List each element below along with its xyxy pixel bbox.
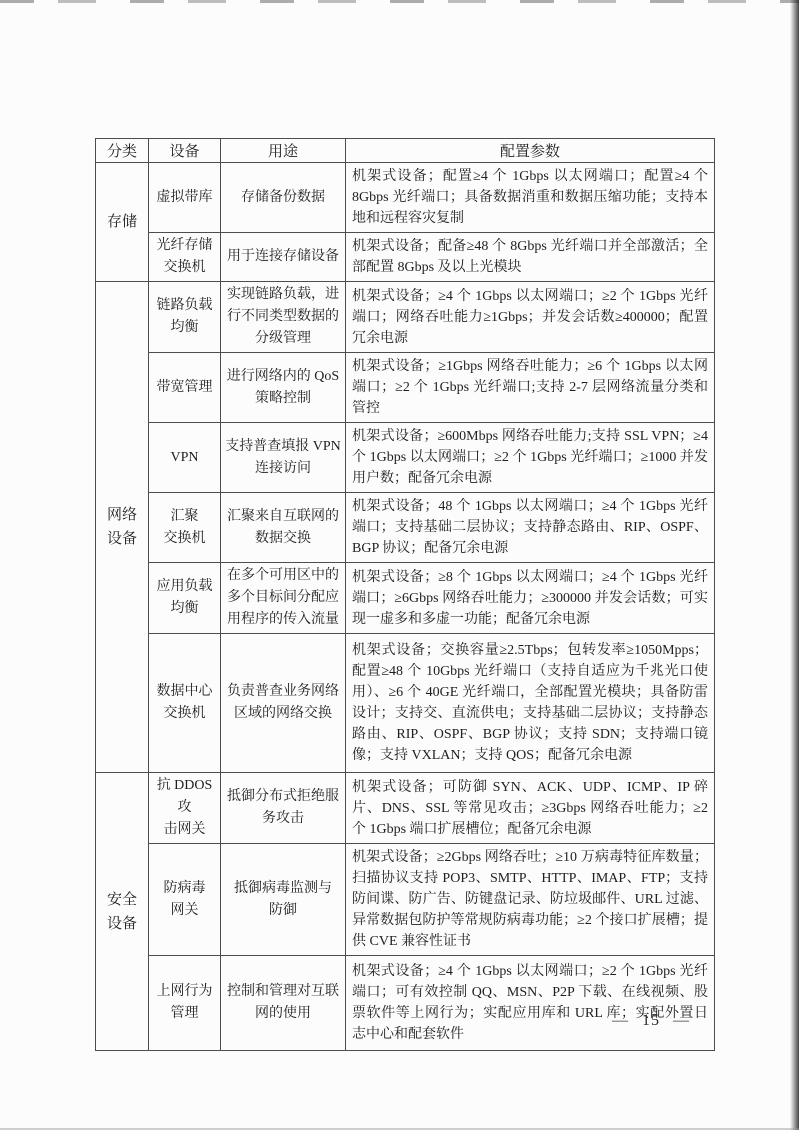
category-cell-network: 网络 设备	[96, 282, 149, 773]
device-cell: 上网行为 管理	[149, 956, 221, 1051]
table-row: 数据中心 交换机 负责普查业务网络 区域的网络交换 机架式设备；交换容量≥2.5…	[96, 634, 715, 773]
device-cell: 虚拟带库	[149, 163, 221, 233]
table-row: 应用负载 均衡 在多个可用区中的 多个目标间分配应 用程序的传入流量 机架式设备…	[96, 563, 715, 634]
purpose-cell: 汇聚来自互联网的 数据交换	[221, 493, 346, 563]
params-cell: 机架式设备；≥8 个 1Gbps 以太网端口；≥4 个 1Gbps 光纤端口；≥…	[346, 563, 715, 634]
device-cell: 防病毒 网关	[149, 844, 221, 956]
scan-artifact-right-edge	[790, 0, 799, 1130]
equipment-spec-table: 分类 设备 用途 配置参数 存储 虚拟带库 存储备份数据 机架式设备；配置≥4 …	[95, 138, 715, 1051]
params-cell: 机架式设备；配置≥4 个 1Gbps 以太网端口；配置≥4 个 8Gbps 光纤…	[346, 163, 715, 233]
device-cell: 带宽管理	[149, 353, 221, 423]
device-cell: VPN	[149, 423, 221, 493]
params-cell: 机架式设备；可防御 SYN、ACK、UDP、ICMP、IP 碎片、DNS、SSL…	[346, 773, 715, 844]
header-params: 配置参数	[346, 139, 715, 163]
table-row: 网络 设备 链路负载 均衡 实现链路负载，进 行不同类型数据的 分级管理 机架式…	[96, 282, 715, 353]
purpose-cell: 支持普查填报 VPN 连接访问	[221, 423, 346, 493]
scan-artifact-top-edge	[0, 0, 799, 3]
header-purpose: 用途	[221, 139, 346, 163]
header-device: 设备	[149, 139, 221, 163]
params-cell: 机架式设备；交换容量≥2.5Tbps；包转发率≥1050Mpps；配置≥48 个…	[346, 634, 715, 773]
purpose-cell: 负责普查业务网络 区域的网络交换	[221, 634, 346, 773]
table-row: VPN 支持普查填报 VPN 连接访问 机架式设备；≥600Mbps 网络吞吐能…	[96, 423, 715, 493]
params-cell: 机架式设备；≥1Gbps 网络吞吐能力；≥6 个 1Gbps 以太网端口；≥2 …	[346, 353, 715, 423]
page-number-dash-left: —	[612, 1012, 629, 1030]
table-row: 上网行为 管理 控制和管理对互联 网的使用 机架式设备；≥4 个 1Gbps 以…	[96, 956, 715, 1051]
params-cell: 机架式设备；≥2Gbps 网络吞吐；≥10 万病毒特征库数量；扫描协议支持 PO…	[346, 844, 715, 956]
table-row: 防病毒 网关 抵御病毒监测与 防御 机架式设备；≥2Gbps 网络吞吐；≥10 …	[96, 844, 715, 956]
device-cell: 汇聚 交换机	[149, 493, 221, 563]
page-number-dash-right: —	[673, 1012, 690, 1030]
device-cell: 应用负载 均衡	[149, 563, 221, 634]
purpose-cell: 实现链路负载，进 行不同类型数据的 分级管理	[221, 282, 346, 353]
device-cell: 链路负载 均衡	[149, 282, 221, 353]
purpose-cell: 抵御病毒监测与 防御	[221, 844, 346, 956]
scanned-document-page: 分类 设备 用途 配置参数 存储 虚拟带库 存储备份数据 机架式设备；配置≥4 …	[0, 0, 799, 1130]
table-row: 安全 设备 抗 DDOS 攻 击网关 抵御分布式拒绝服 务攻击 机架式设备；可防…	[96, 773, 715, 844]
purpose-cell: 在多个可用区中的 多个目标间分配应 用程序的传入流量	[221, 563, 346, 634]
params-cell: 机架式设备；≥4 个 1Gbps 以太网端口；≥2 个 1Gbps 光纤端口；可…	[346, 956, 715, 1051]
page-number: — 15 —	[612, 1012, 690, 1030]
table-row: 带宽管理 进行网络内的 QoS 策略控制 机架式设备；≥1Gbps 网络吞吐能力…	[96, 353, 715, 423]
params-cell: 机架式设备；≥4 个 1Gbps 以太网端口；≥2 个 1Gbps 光纤端口；网…	[346, 282, 715, 353]
purpose-cell: 进行网络内的 QoS 策略控制	[221, 353, 346, 423]
params-cell: 机架式设备；48 个 1Gbps 以太网端口；≥4 个 1Gbps 光纤端口；支…	[346, 493, 715, 563]
page-number-value: 15	[642, 1012, 660, 1030]
table-row: 汇聚 交换机 汇聚来自互联网的 数据交换 机架式设备；48 个 1Gbps 以太…	[96, 493, 715, 563]
category-cell-storage: 存储	[96, 163, 149, 282]
params-cell: 机架式设备；≥600Mbps 网络吞吐能力;支持 SSL VPN；≥4 个 1G…	[346, 423, 715, 493]
purpose-cell: 控制和管理对互联 网的使用	[221, 956, 346, 1051]
device-cell: 抗 DDOS 攻 击网关	[149, 773, 221, 844]
table-row: 存储 虚拟带库 存储备份数据 机架式设备；配置≥4 个 1Gbps 以太网端口；…	[96, 163, 715, 233]
table-row: 光纤存储 交换机 用于连接存储设备 机架式设备；配备≥48 个 8Gbps 光纤…	[96, 233, 715, 282]
params-cell: 机架式设备；配备≥48 个 8Gbps 光纤端口并全部激活；全部配置 8Gbps…	[346, 233, 715, 282]
category-cell-security: 安全 设备	[96, 773, 149, 1051]
header-category: 分类	[96, 139, 149, 163]
purpose-cell: 存储备份数据	[221, 163, 346, 233]
device-cell: 数据中心 交换机	[149, 634, 221, 773]
purpose-cell: 抵御分布式拒绝服 务攻击	[221, 773, 346, 844]
device-cell: 光纤存储 交换机	[149, 233, 221, 282]
header-row: 分类 设备 用途 配置参数	[96, 139, 715, 163]
purpose-cell: 用于连接存储设备	[221, 233, 346, 282]
